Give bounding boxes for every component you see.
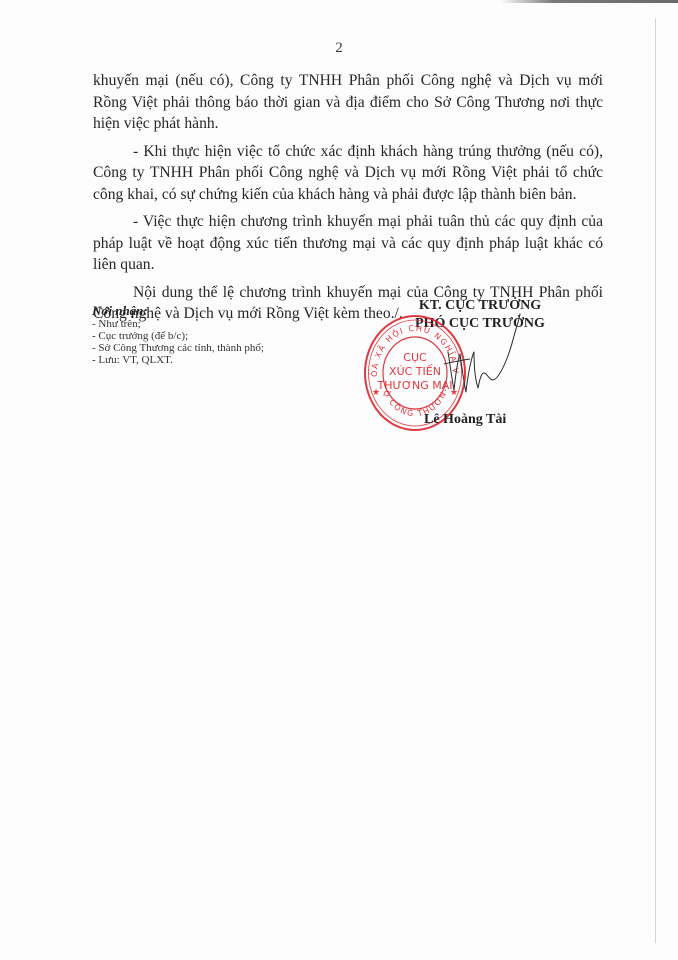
recipient-item: - Lưu: VT, QLXT. [92,354,352,366]
stamp-center-line1: CỤC [403,351,427,364]
document-page: 2 khuyến mại (nếu có), Công ty TNHH Phân… [0,0,678,960]
page-number: 2 [0,40,678,57]
paragraph-winner-selection: - Khi thực hiện việc tổ chức xác định kh… [93,141,603,206]
paragraph-continuation: khuyến mại (nếu có), Công ty TNHH Phân p… [93,70,603,135]
stamp-star-icon: ★ [372,388,380,398]
document-body: khuyến mại (nếu có), Công ty TNHH Phân p… [93,70,603,331]
recipients-block: Nơi nhận: - Như trên; - Cục trưởng (để b… [92,303,352,366]
scan-edge-right [655,18,656,943]
recipient-item: - Sở Công Thương các tỉnh, thành phố; [92,342,352,354]
stamp-center-line2: XÚC TIẾN [389,364,441,378]
recipient-item: - Như trên; [92,318,352,330]
handwritten-signature [440,312,550,402]
scan-edge-top [500,0,678,3]
recipient-item: - Cục trưởng (để b/c); [92,330,352,342]
paragraph-compliance: - Việc thực hiện chương trình khuyến mại… [93,211,603,276]
recipients-heading: Nơi nhận: [92,303,352,318]
signer-name: Lê Hoàng Tài [424,412,506,428]
